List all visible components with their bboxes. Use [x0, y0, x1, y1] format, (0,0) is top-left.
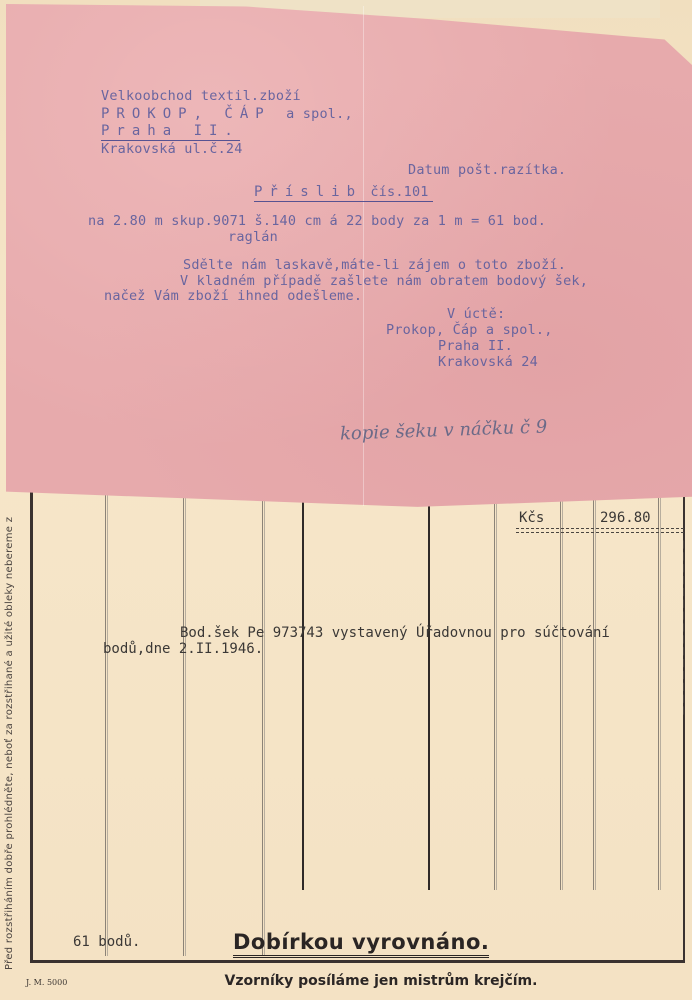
- check-description-line1: Bod.šek Pe 973743 vystavený Úřadovnou pr…: [180, 625, 610, 641]
- sender-city: Praha II.: [101, 123, 240, 141]
- message-line1: Sdělte nám laskavě,máte-li zájem o toto …: [183, 257, 566, 273]
- points-total: 61 bodů.: [73, 934, 140, 950]
- check-description-line2: bodů,dne 2.II.1946.: [103, 641, 263, 657]
- sender-line1: Velkoobchod textil.zboží: [101, 88, 301, 104]
- sender-street: Krakovská ul.č.24: [101, 141, 243, 157]
- document-title: Příslib čís.101: [254, 184, 433, 202]
- column-divider: [658, 490, 659, 890]
- total-underline: [516, 528, 684, 533]
- form-frame: [30, 490, 685, 963]
- title-word: Příslib: [254, 184, 362, 200]
- column-divider: [593, 490, 594, 890]
- sender-company-name: PROKOP, ČÁP: [101, 106, 271, 122]
- sender-company: PROKOP, ČÁP a spol.,: [101, 106, 353, 122]
- column-divider: [428, 490, 430, 890]
- closing-greeting: V úctě:: [447, 306, 505, 322]
- message-line3: načež Vám zboží ihned odešleme.: [104, 288, 362, 304]
- item-name: raglán: [228, 229, 278, 245]
- paid-stamp: Dobírkou vyrovnáno.: [233, 930, 489, 958]
- title-number: čís.101: [370, 184, 428, 200]
- column-divider: [302, 490, 304, 890]
- closing-company: Prokop, Čáp a spol.,: [386, 322, 553, 338]
- column-divider: [183, 490, 184, 956]
- closing-city: Praha II.: [438, 338, 513, 354]
- footer-notice: Vzorníky posíláme jen mistrům krejčím.: [0, 973, 692, 989]
- closing-street: Krakovská 24: [438, 354, 538, 370]
- sender-company-suffix: a spol.,: [286, 106, 353, 122]
- amount-value: 296.80: [600, 510, 651, 526]
- column-divider: [494, 490, 495, 890]
- side-notice: Před rozstřiháním dobře prohlédněte, neb…: [4, 517, 15, 970]
- column-divider: [105, 490, 106, 956]
- column-divider: [560, 490, 561, 890]
- date-note: Datum pošt.razítka.: [408, 162, 566, 178]
- currency-label: Kčs: [519, 510, 544, 526]
- item-line: na 2.80 m skup.9071 š.140 cm á 22 body z…: [88, 213, 546, 229]
- side-notice-right: — — — — — — — — — — — — — — —: [678, 540, 688, 715]
- message-line2: V kladném případě zašlete nám obratem bo…: [180, 273, 588, 289]
- column-divider: [262, 490, 263, 956]
